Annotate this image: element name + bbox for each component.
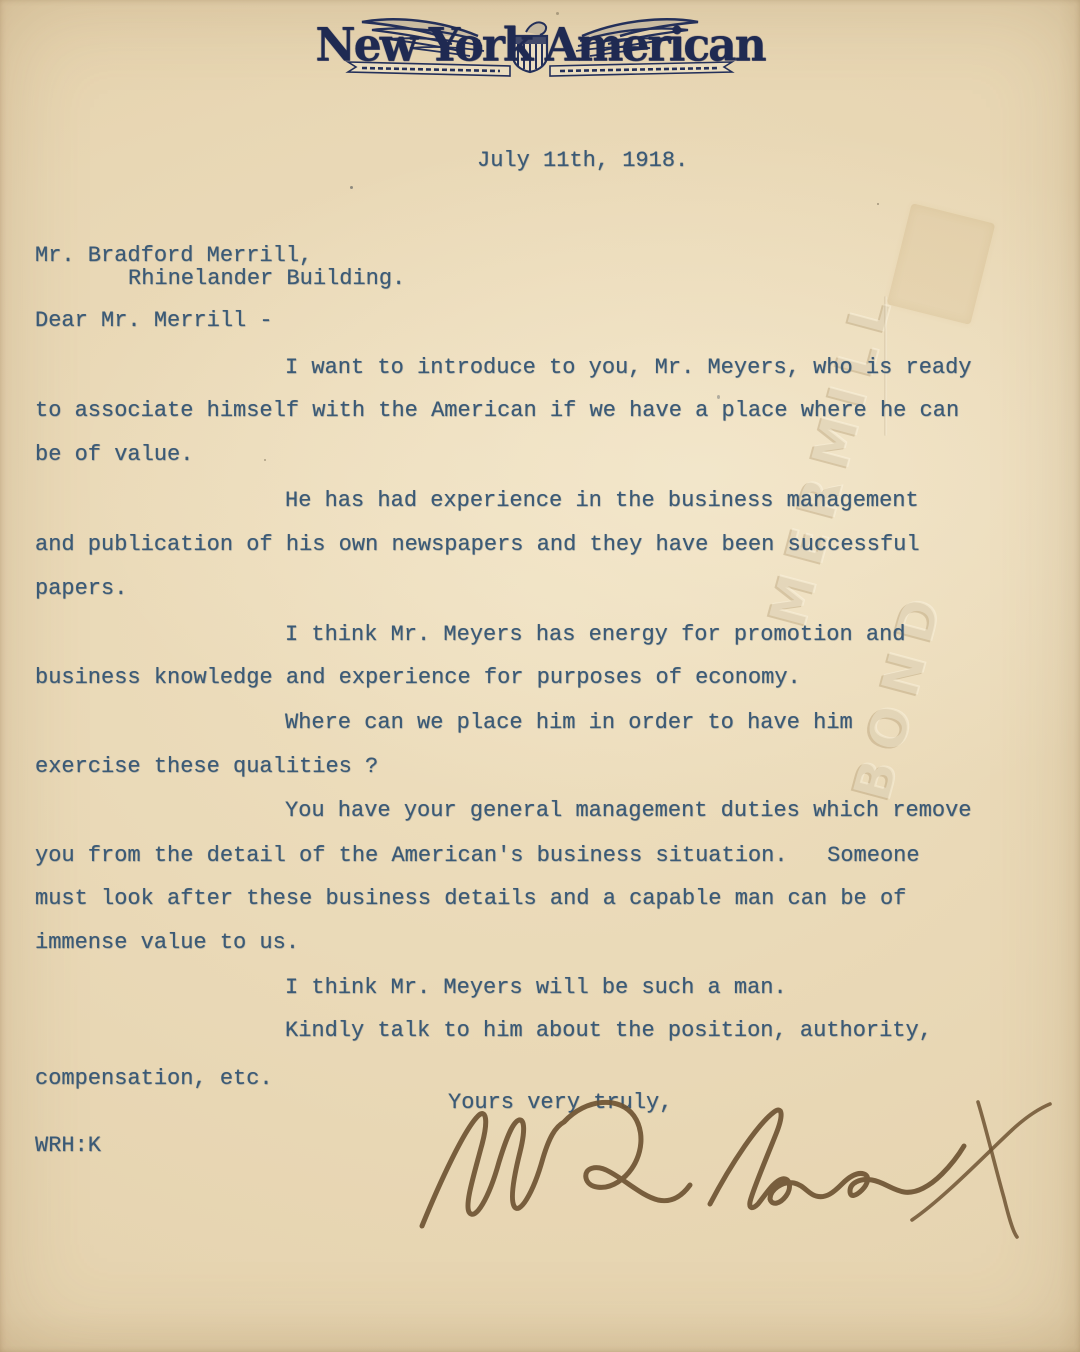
body-line: I want to introduce to you, Mr. Meyers, … bbox=[285, 355, 972, 381]
tape-stain bbox=[887, 203, 996, 325]
body-line: business knowledge and experience for pu… bbox=[35, 665, 801, 691]
ink-speck bbox=[877, 203, 879, 205]
body-line: papers. bbox=[35, 576, 127, 602]
body-line: exercise these qualities ? bbox=[35, 754, 378, 780]
letter-paper: New York American MERMILL BOND July 11th… bbox=[0, 0, 1080, 1352]
body-line: You have your general management duties … bbox=[285, 798, 972, 824]
paper-watermark-line2: BOND bbox=[842, 581, 957, 808]
body-line: He has had experience in the business ma… bbox=[285, 488, 919, 514]
body-line: must look after these business details a… bbox=[35, 886, 906, 912]
body-line: I think Mr. Meyers will be such a man. bbox=[285, 975, 787, 1001]
ink-speck bbox=[264, 459, 266, 461]
body-line: be of value. bbox=[35, 442, 193, 468]
date-line: July 11th, 1918. bbox=[477, 148, 688, 174]
body-line: I think Mr. Meyers has energy for promot… bbox=[285, 622, 906, 648]
salutation: Dear Mr. Merrill - bbox=[35, 308, 273, 334]
ink-speck bbox=[350, 186, 353, 189]
body-line: compensation, etc. bbox=[35, 1066, 273, 1092]
body-line: Where can we place him in order to have … bbox=[285, 710, 853, 736]
body-line: you from the detail of the American's bu… bbox=[35, 843, 920, 869]
body-line: immense value to us. bbox=[35, 930, 299, 956]
masthead-title: New York American bbox=[0, 19, 1080, 72]
recipient-address: Rhinelander Building. bbox=[128, 266, 405, 292]
body-line: to associate himself with the American i… bbox=[35, 398, 959, 424]
letterhead: New York American bbox=[0, 0, 1080, 100]
ink-speck bbox=[556, 12, 559, 15]
body-line: Kindly talk to him about the position, a… bbox=[285, 1018, 932, 1044]
signature-wr-hearst bbox=[412, 1086, 1062, 1246]
body-line: and publication of his own newspapers an… bbox=[35, 532, 920, 558]
reference-initials: WRH:K bbox=[35, 1133, 101, 1159]
